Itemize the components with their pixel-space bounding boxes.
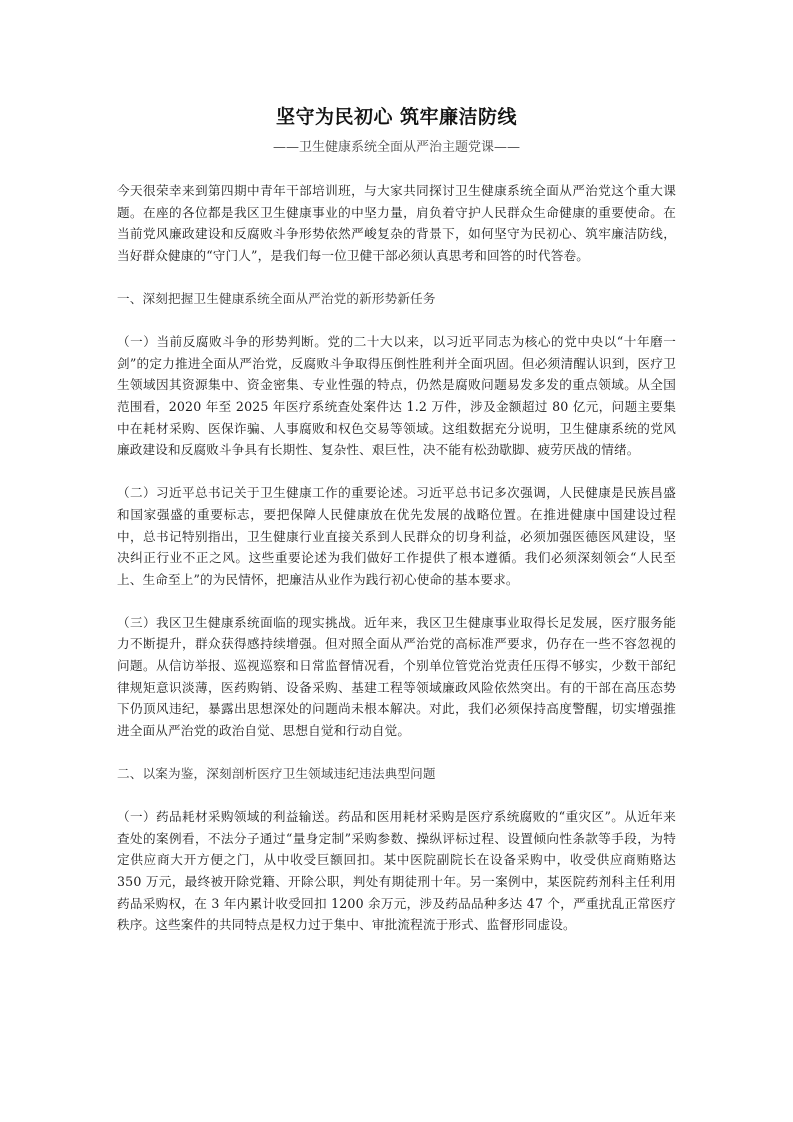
document-page: 坚守为民初心 筑牢廉洁防线 ——卫生健康系统全面从严治主题党课—— 今天很荣幸来… xyxy=(117,100,676,936)
spacer xyxy=(117,741,676,763)
intro-paragraph: 今天很荣幸来到第四期中青年干部培训班，与大家共同探讨卫生健康系统全面从严治党这个… xyxy=(117,180,676,266)
section-1-paragraph-1: （一）当前反腐败斗争的形势判断。党的二十大以来，以习近平同志为核心的党中央以“十… xyxy=(117,331,676,461)
spacer xyxy=(117,785,676,807)
spacer xyxy=(117,266,676,288)
spacer xyxy=(117,461,676,483)
section-heading-2: 二、以案为鉴，深刻剖析医疗卫生领域违纪违法典型问题 xyxy=(117,763,676,785)
document-subtitle: ——卫生健康系统全面从严治主题党课—— xyxy=(117,138,676,158)
spacer xyxy=(117,310,676,332)
section-2-paragraph-1: （一）药品耗材采购领域的利益输送。药品和医用耗材采购是医疗系统腐败的“重灾区”。… xyxy=(117,806,676,936)
document-title: 坚守为民初心 筑牢廉洁防线 xyxy=(117,104,676,130)
spacer xyxy=(117,590,676,612)
section-1-paragraph-3: （三）我区卫生健康系统面临的现实挑战。近年来，我区卫生健康事业取得长足发展，医疗… xyxy=(117,612,676,742)
section-1-paragraph-2: （二）习近平总书记关于卫生健康工作的重要论述。习近平总书记多次强调，人民健康是民… xyxy=(117,482,676,590)
section-heading-1: 一、深刻把握卫生健康系统全面从严治党的新形势新任务 xyxy=(117,288,676,310)
